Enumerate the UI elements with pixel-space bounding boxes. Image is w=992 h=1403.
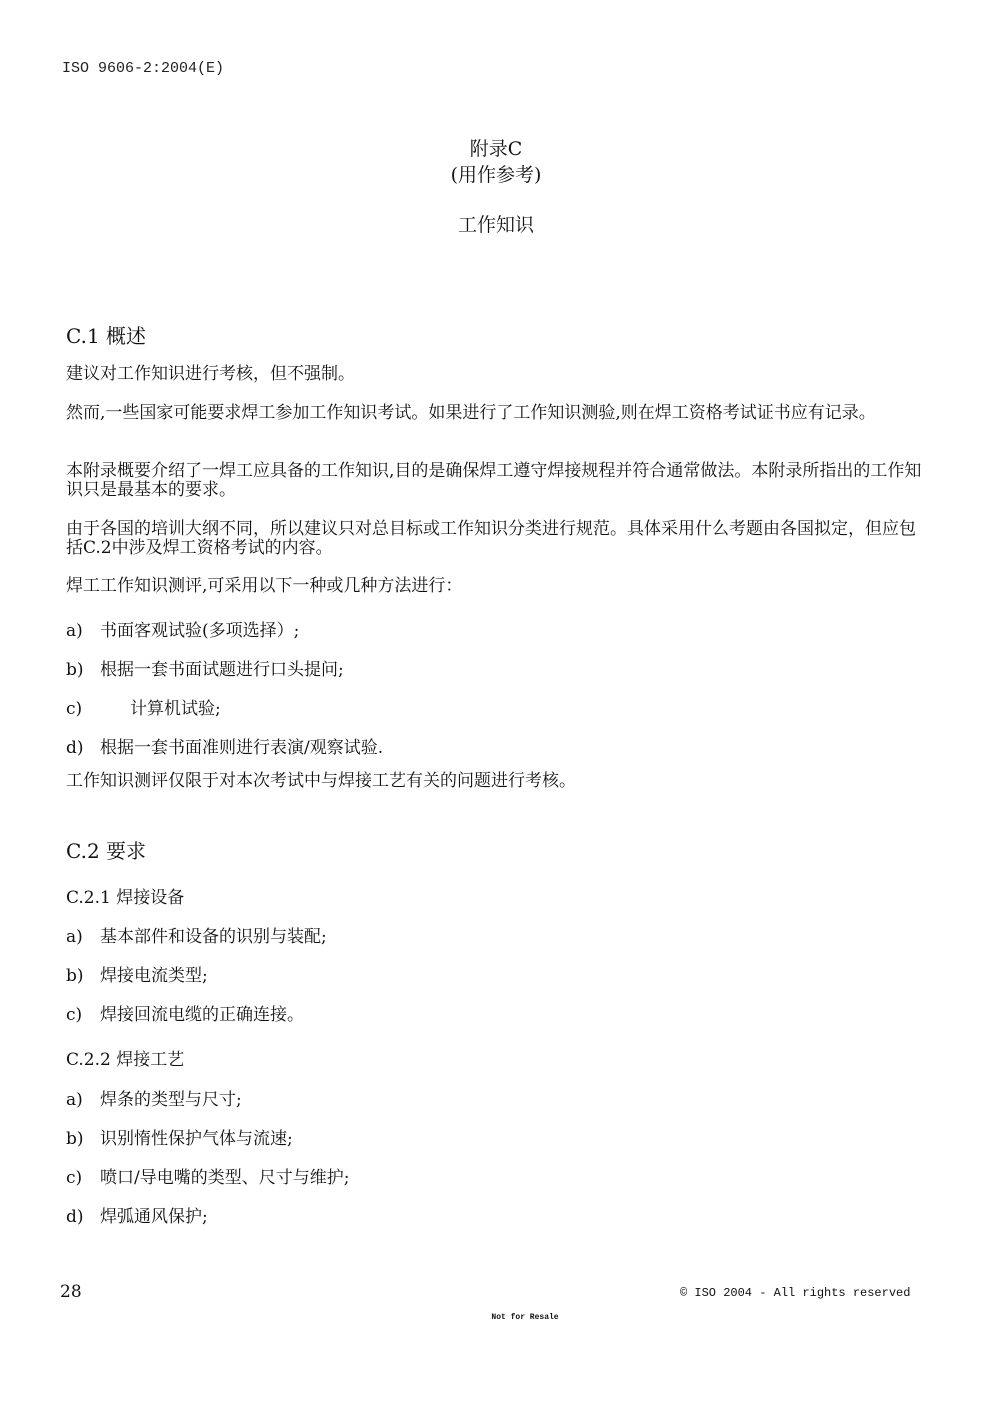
list-text: 焊弧通风保护; bbox=[100, 1207, 208, 1227]
annex-type: (用作参考) bbox=[0, 160, 992, 187]
list-text: 计算机试验; bbox=[130, 699, 221, 719]
paragraph: 由于各国的培训大纲不同，所以建议只对总目标或工作知识分类进行规范。具体采用什么考… bbox=[66, 520, 926, 558]
list-label: a) bbox=[66, 1090, 100, 1110]
list-text: 焊条的类型与尺寸; bbox=[100, 1090, 242, 1110]
list-item: a)焊条的类型与尺寸; bbox=[66, 1085, 242, 1110]
list-label: b) bbox=[66, 966, 100, 986]
subsection-heading-c21: C.2.1 焊接设备 bbox=[66, 883, 184, 908]
list-item: c)计算机试验; bbox=[66, 694, 221, 719]
list-item: b)识别惰性保护气体与流速; bbox=[66, 1124, 293, 1149]
list-item: d)焊弧通风保护; bbox=[66, 1202, 208, 1227]
section-heading-c2: C.2 要求 bbox=[66, 835, 146, 864]
list-text: 基本部件和设备的识别与装配; bbox=[100, 927, 327, 947]
paragraph: 本附录概要介绍了一焊工应具备的工作知识,目的是确保焊工遵守焊接规程并符合通常做法… bbox=[66, 462, 926, 500]
paragraph: 建议对工作知识进行考核，但不强制。 bbox=[66, 365, 926, 384]
list-item: a)书面客观试验(多项选择）; bbox=[66, 616, 299, 641]
paragraph: 然而,一些国家可能要求焊工参加工作知识考试。如果进行了工作知识测验,则在焊工资格… bbox=[66, 404, 926, 423]
annex-title: 附录C bbox=[0, 134, 992, 161]
list-item: d)根据一套书面准则进行表演/观察试验. bbox=[66, 733, 383, 758]
list-label: d) bbox=[66, 1207, 100, 1227]
list-text: 书面客观试验(多项选择）; bbox=[100, 621, 299, 641]
list-label: a) bbox=[66, 927, 100, 947]
page-number: 28 bbox=[60, 1282, 82, 1302]
list-item: a)基本部件和设备的识别与装配; bbox=[66, 922, 327, 947]
list-label: c) bbox=[66, 1168, 100, 1188]
list-label: c) bbox=[66, 1005, 100, 1025]
list-label: a) bbox=[66, 621, 100, 641]
list-text: 根据一套书面准则进行表演/观察试验. bbox=[100, 738, 383, 758]
list-item: c)喷口/导电嘴的类型、尺寸与维护; bbox=[66, 1163, 349, 1188]
section-heading-c1: C.1 概述 bbox=[66, 320, 146, 349]
list-text: 焊接回流电缆的正确连接。 bbox=[100, 1005, 304, 1025]
list-text: 喷口/导电嘴的类型、尺寸与维护; bbox=[100, 1168, 349, 1188]
list-text: 焊接电流类型; bbox=[100, 966, 208, 986]
list-label: c) bbox=[66, 699, 130, 719]
resale-notice: Not for Resale bbox=[0, 1313, 992, 1322]
list-item: b)根据一套书面试题进行口头提问; bbox=[66, 655, 344, 680]
list-text: 根据一套书面试题进行口头提问; bbox=[100, 660, 344, 680]
paragraph: 焊工工作知识测评,可采用以下一种或几种方法进行： bbox=[66, 577, 926, 596]
annex-name: 工作知识 bbox=[0, 210, 992, 237]
document-id-header: ISO 9606-2:2004(E) bbox=[62, 60, 224, 77]
list-item: c)焊接回流电缆的正确连接。 bbox=[66, 1000, 304, 1025]
subsection-heading-c22: C.2.2 焊接工艺 bbox=[66, 1045, 184, 1070]
list-label: b) bbox=[66, 1129, 100, 1149]
paragraph: 工作知识测评仅限于对本次考试中与焊接工艺有关的问题进行考核。 bbox=[66, 772, 926, 791]
list-label: b) bbox=[66, 660, 100, 680]
list-text: 识别惰性保护气体与流速; bbox=[100, 1129, 293, 1149]
list-label: d) bbox=[66, 738, 100, 758]
copyright-notice: © ISO 2004 - All rights reserved bbox=[680, 1286, 910, 1300]
list-item: b)焊接电流类型; bbox=[66, 961, 208, 986]
